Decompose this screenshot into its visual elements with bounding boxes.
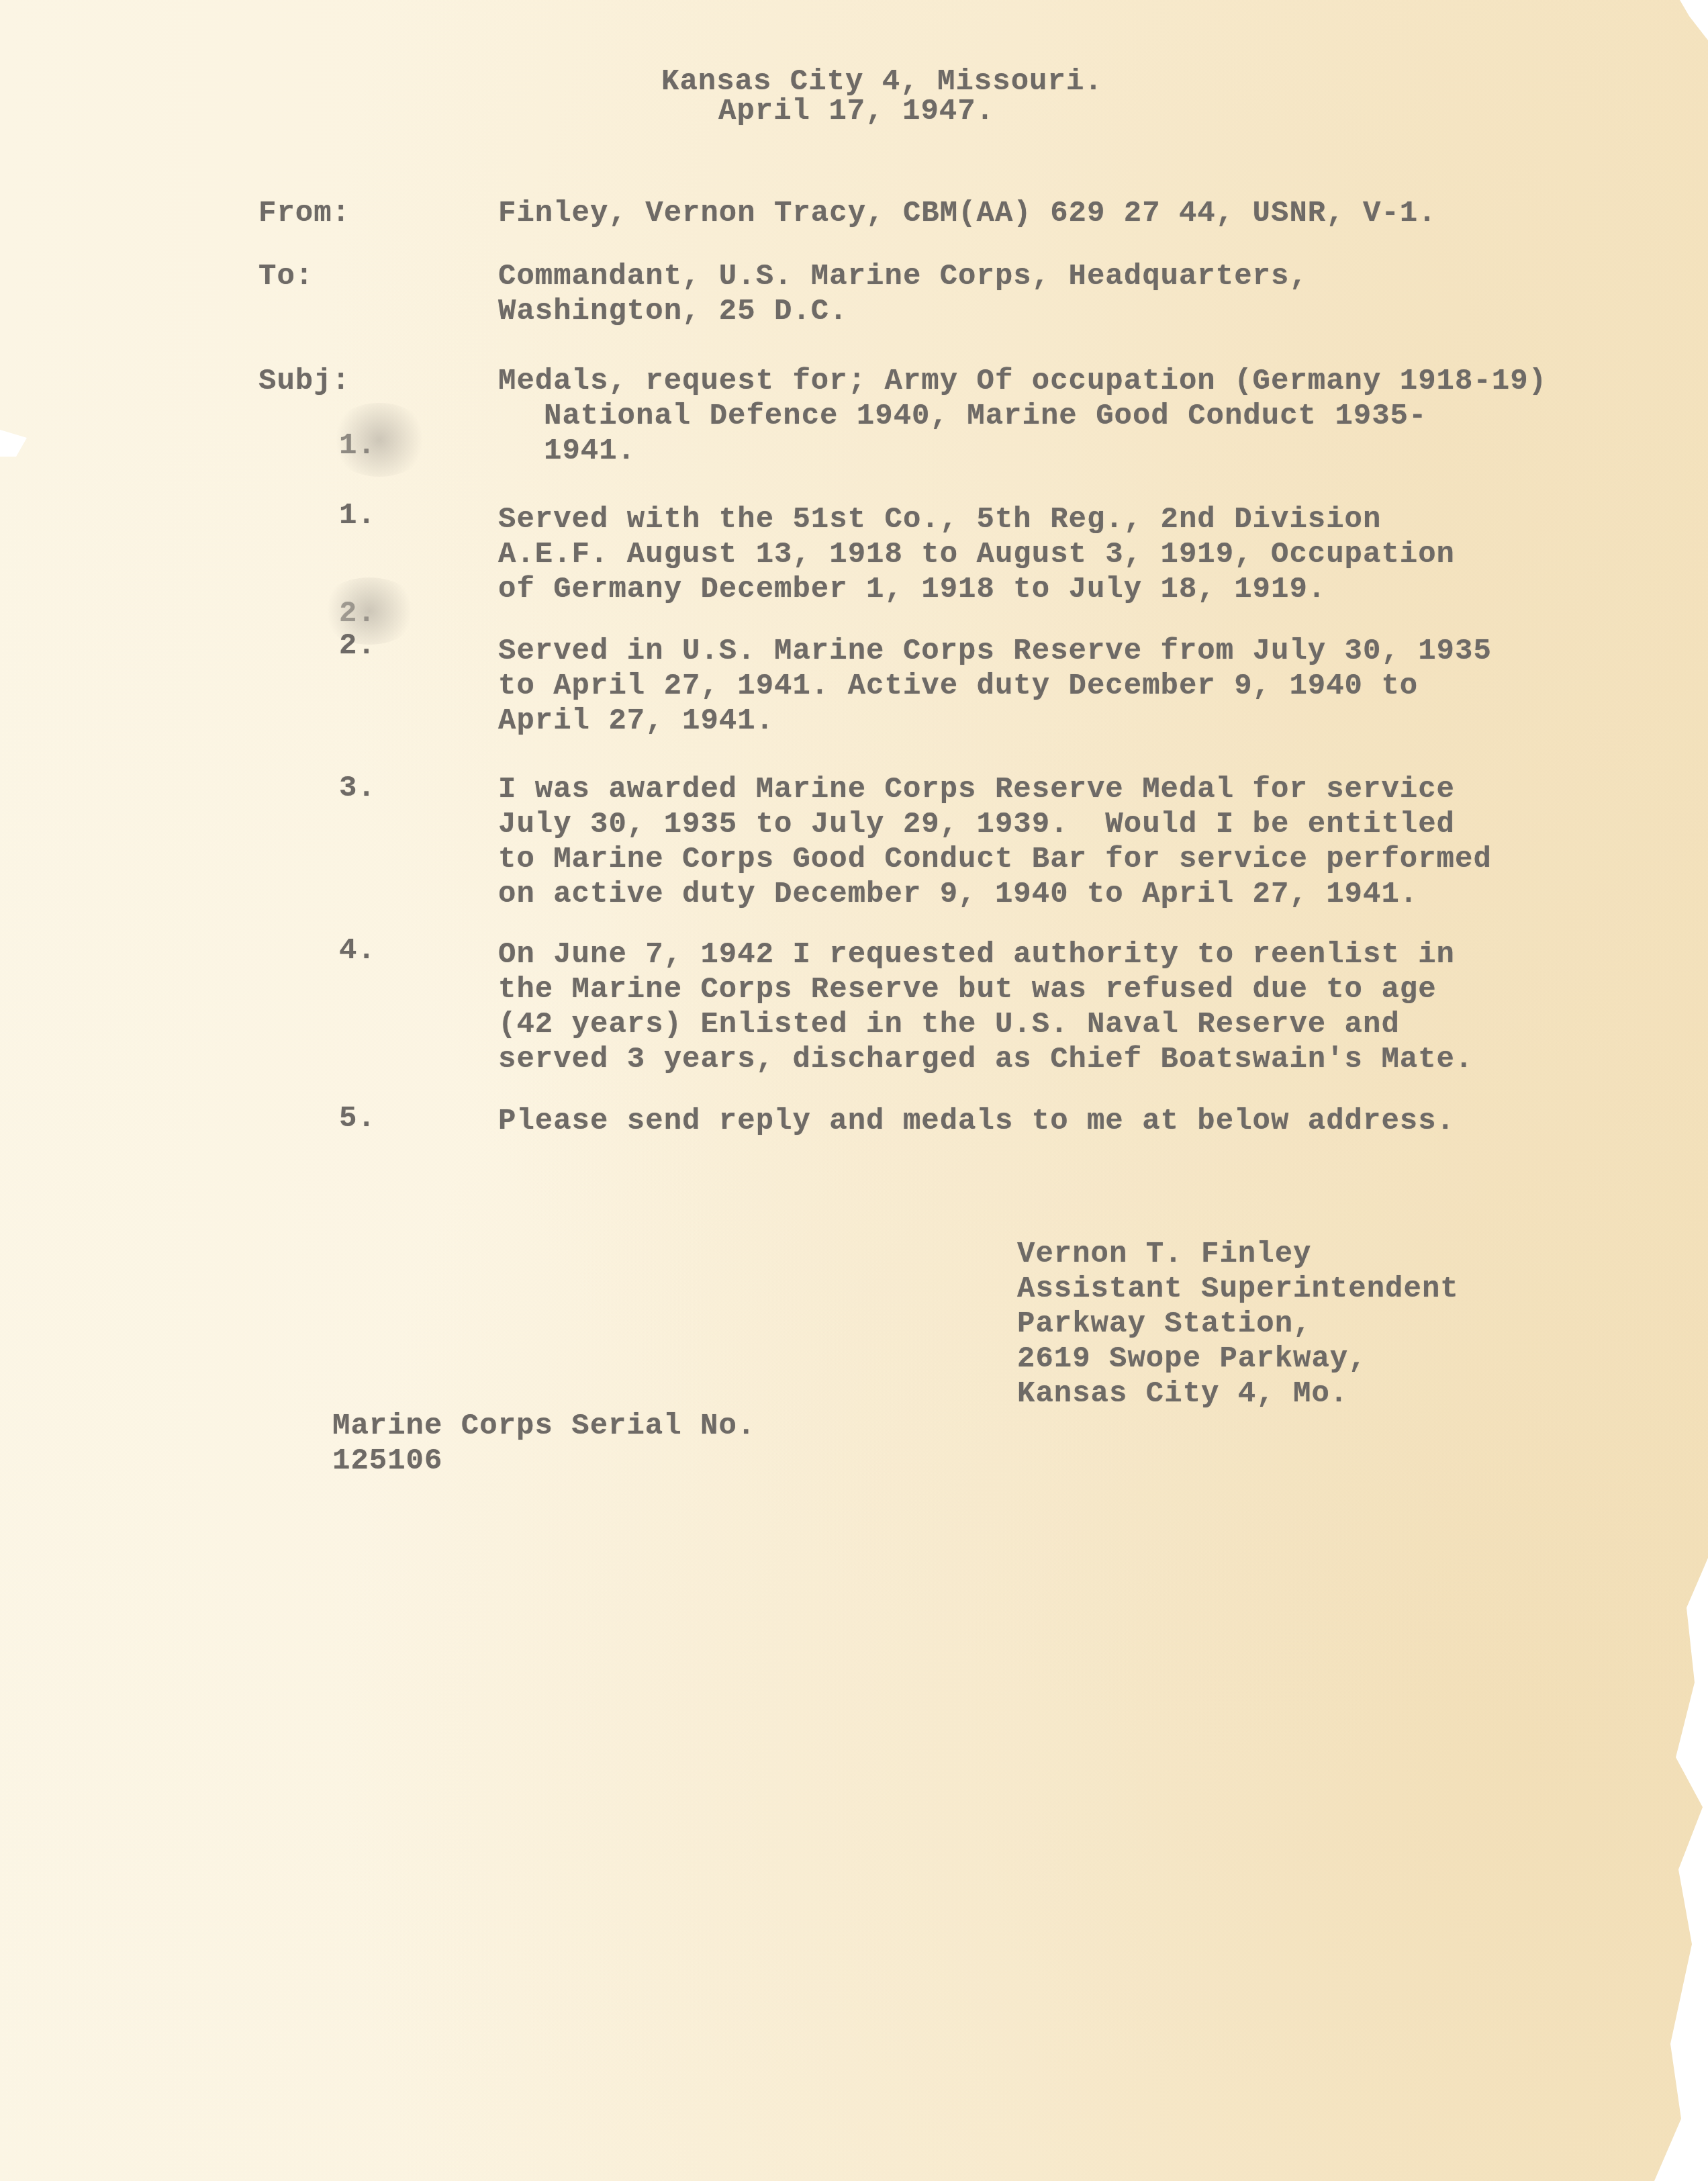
paragraph-line: to April 27, 1941. Active duty December … (498, 669, 1418, 704)
paragraph-line: Served in U.S. Marine Corps Reserve from… (498, 634, 1492, 669)
paragraph-line: July 30, 1935 to July 29, 1939. Would I … (498, 807, 1455, 842)
subj-line: Medals, request for; Army Of occupation … (498, 364, 1547, 399)
signature-line: Assistant Superintendent (1017, 1272, 1459, 1307)
to-line: Commandant, U.S. Marine Corps, Headquart… (498, 259, 1308, 294)
paragraph-number: 4. (339, 933, 376, 968)
signature-line: Vernon T. Finley (1017, 1237, 1311, 1272)
to-label: To: (258, 259, 314, 294)
paragraph-line: of Germany December 1, 1918 to July 18, … (498, 572, 1326, 607)
paragraph-line: On June 7, 1942 I requested authority to… (498, 937, 1455, 972)
paragraph-line: I was awarded Marine Corps Reserve Medal… (498, 772, 1455, 807)
subj-label: Subj: (258, 364, 350, 399)
paper-background (0, 0, 1708, 2181)
header-date: April 17, 1947. (718, 94, 994, 129)
paragraph-number: 5. (339, 1101, 376, 1136)
paragraph-line: A.E.F. August 13, 1918 to August 3, 1919… (498, 537, 1455, 572)
serial-label: Marine Corps Serial No. (332, 1409, 755, 1444)
paragraph-line: Please send reply and medals to me at be… (498, 1104, 1455, 1139)
signature-line: 2619 Swope Parkway, (1017, 1342, 1367, 1377)
paragraph-number: 1. (339, 498, 376, 533)
paragraph-line: Served with the 51st Co., 5th Reg., 2nd … (498, 502, 1381, 537)
struck-paragraph-number: 2. (339, 596, 376, 631)
subj-line: 1941. (544, 434, 636, 469)
from-label: From: (258, 196, 350, 231)
to-line: Washington, 25 D.C. (498, 294, 848, 329)
serial-value: 125106 (332, 1444, 442, 1479)
paragraph-line: the Marine Corps Reserve but was refused… (498, 972, 1437, 1007)
paragraph-line: to Marine Corps Good Conduct Bar for ser… (498, 842, 1492, 877)
paragraph-line: served 3 years, discharged as Chief Boat… (498, 1042, 1473, 1077)
signature-line: Kansas City 4, Mo. (1017, 1377, 1348, 1411)
signature-line: Parkway Station, (1017, 1307, 1311, 1342)
paragraph-number: 3. (339, 771, 376, 806)
paragraph-number: 2. (339, 629, 376, 663)
paragraph-line: April 27, 1941. (498, 704, 774, 739)
struck-paragraph-number: 1. (339, 428, 376, 463)
paragraph-line: (42 years) Enlisted in the U.S. Naval Re… (498, 1007, 1400, 1042)
from-value: Finley, Vernon Tracy, CBM(AA) 629 27 44,… (498, 196, 1437, 231)
paragraph-line: on active duty December 9, 1940 to April… (498, 877, 1418, 912)
subj-line: National Defence 1940, Marine Good Condu… (544, 399, 1427, 434)
